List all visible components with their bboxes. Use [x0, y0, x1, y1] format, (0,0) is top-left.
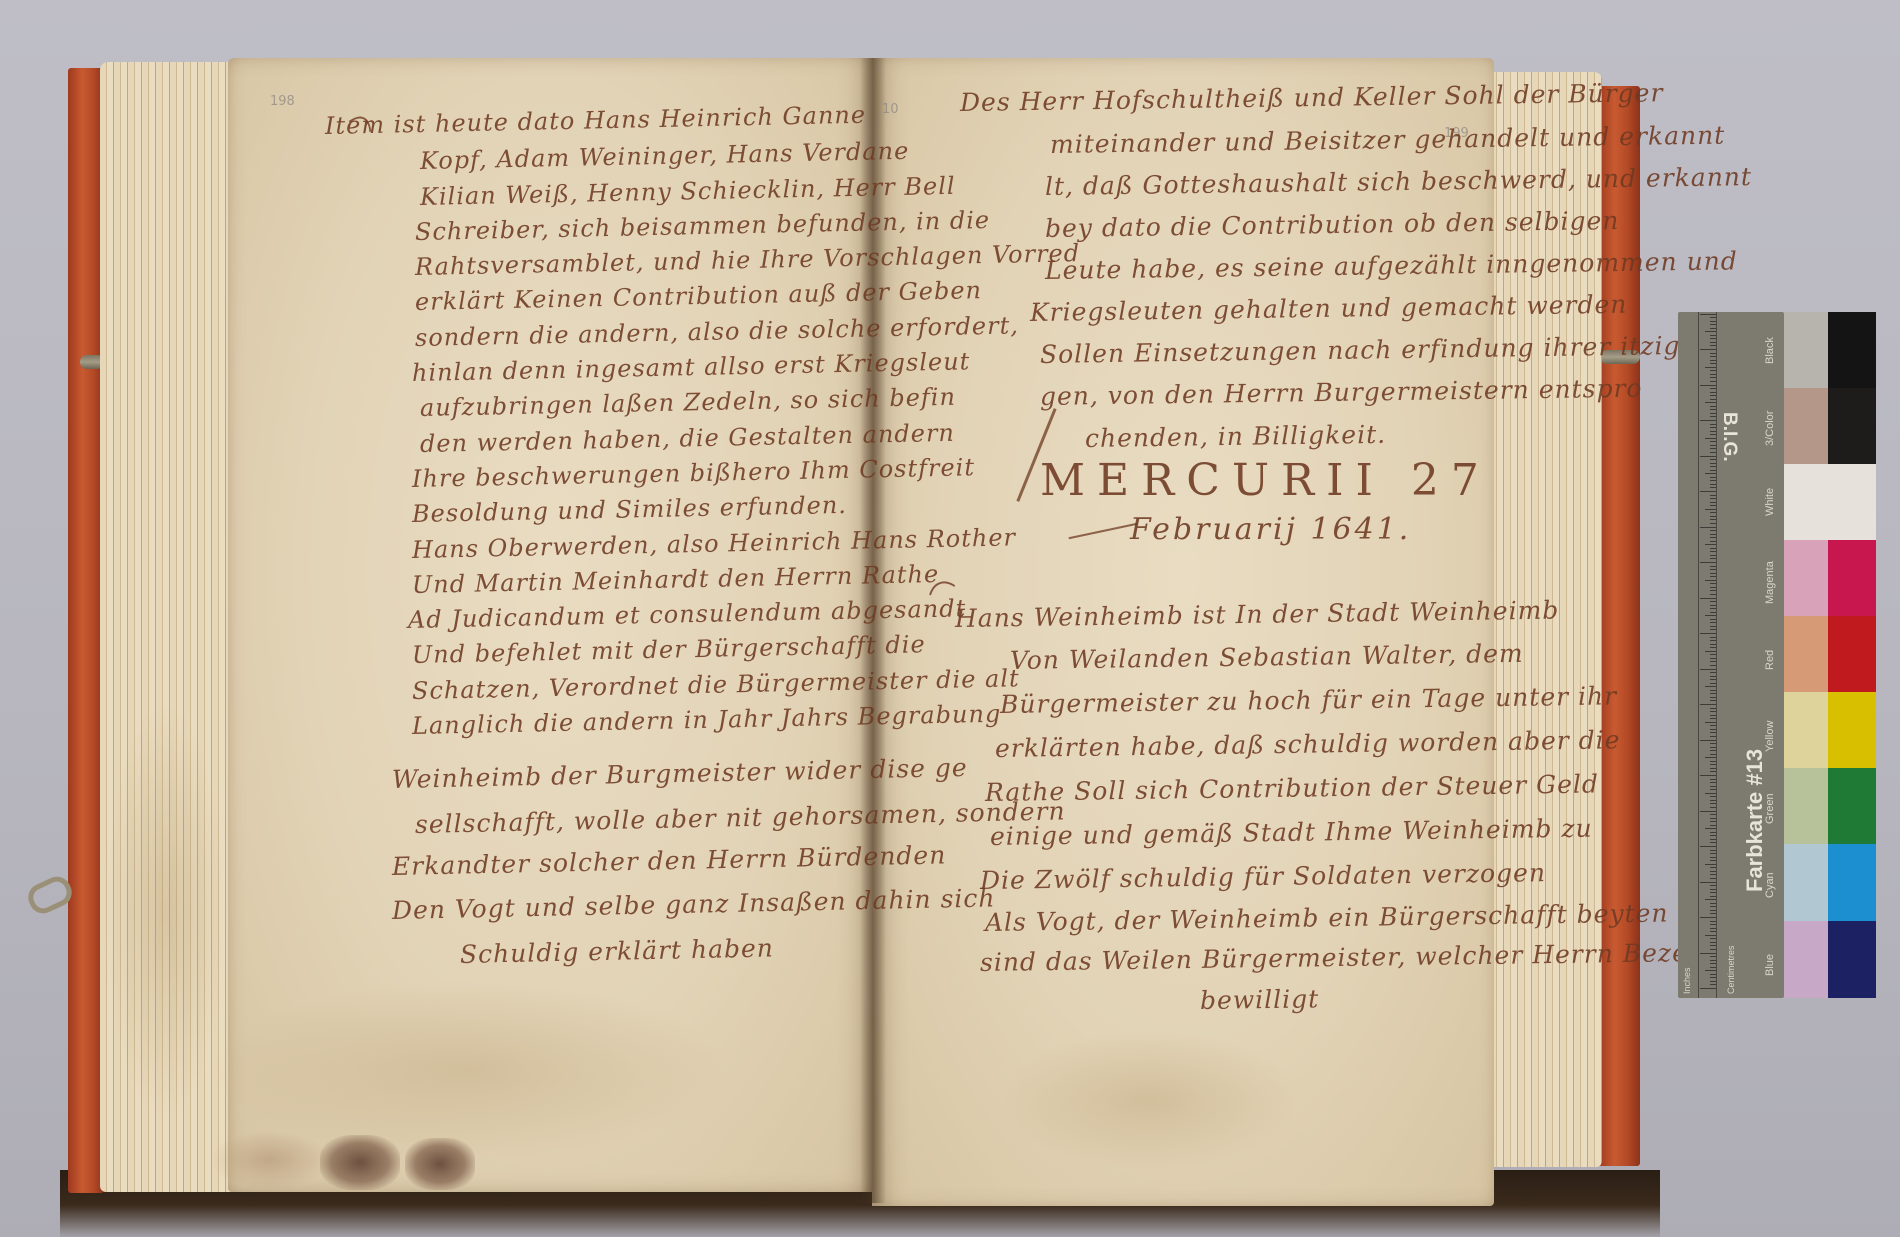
ruler-tick — [1710, 754, 1716, 755]
ruler-tick — [1710, 931, 1716, 932]
patch-label: Yellow — [1764, 721, 1776, 752]
patch-label: Black — [1764, 337, 1776, 364]
ruler-tick — [1700, 633, 1716, 634]
patch-white — [1784, 464, 1876, 540]
ruler-ticks — [1678, 312, 1718, 998]
ruler-tick — [1710, 541, 1716, 542]
patch-blue-light — [1784, 921, 1828, 998]
ruler-tick — [1710, 370, 1716, 371]
ruler-tick — [1705, 757, 1716, 758]
ruler-tick — [1710, 832, 1716, 833]
ruler-tick — [1710, 644, 1716, 645]
ruler-tick — [1710, 463, 1716, 464]
ruler-tick — [1710, 658, 1716, 659]
ruler-tick — [1710, 697, 1716, 698]
ruler-tick — [1710, 977, 1716, 978]
patch-3color — [1828, 388, 1876, 464]
ruler-tick — [1710, 477, 1716, 478]
ruler-tick — [1710, 768, 1716, 769]
ruler-tick — [1710, 700, 1716, 701]
ruler-tick — [1710, 814, 1716, 815]
text-line: bewilligt — [1200, 984, 1320, 1015]
ruler-tick — [1710, 324, 1716, 325]
patch-label: Blue — [1764, 954, 1776, 976]
ruler-tick — [1710, 537, 1716, 538]
water-stain — [1000, 1030, 1300, 1170]
ruler-tick — [1710, 388, 1716, 389]
ruler-tick — [1710, 424, 1716, 425]
ruler-tick — [1710, 945, 1716, 946]
patch-yellow — [1828, 692, 1876, 768]
patch-magenta-light — [1784, 540, 1828, 616]
ruler-tick — [1710, 409, 1716, 410]
ruler-tick — [1705, 793, 1716, 794]
ruler-tick — [1710, 413, 1716, 414]
ruler-tick — [1705, 331, 1716, 332]
ruler-tick — [1700, 953, 1716, 954]
ruler-tick — [1700, 811, 1716, 812]
ruler-tick — [1705, 970, 1716, 971]
ruler-tick — [1710, 395, 1716, 396]
ruler-tick — [1710, 416, 1716, 417]
patch-label: Magenta — [1764, 561, 1776, 604]
ruler-tick — [1710, 459, 1716, 460]
color-patches — [1784, 312, 1876, 998]
ruler-tick — [1710, 622, 1716, 623]
ruler-tick — [1710, 949, 1716, 950]
ruler-tick — [1705, 544, 1716, 545]
ruler-tick — [1710, 487, 1716, 488]
ruler-tick — [1710, 676, 1716, 677]
ruler-tick — [1700, 917, 1716, 918]
ruler-tick — [1710, 938, 1716, 939]
ruler-tick — [1710, 445, 1716, 446]
ruler-tick — [1710, 619, 1716, 620]
ruler-tick — [1710, 761, 1716, 762]
ruler-tick — [1710, 956, 1716, 957]
ruler-tick — [1705, 615, 1716, 616]
ruler-tick — [1700, 775, 1716, 776]
patch-label: Cyan — [1764, 872, 1776, 898]
ruler-tick — [1710, 377, 1716, 378]
ruler-tick — [1710, 353, 1716, 354]
ruler-tick — [1710, 452, 1716, 453]
ruler-tick — [1710, 906, 1716, 907]
ruler-tick — [1710, 842, 1716, 843]
ruler-tick — [1710, 392, 1716, 393]
ruler-tick — [1710, 519, 1716, 520]
ruler-tick — [1710, 498, 1716, 499]
ruler-tick — [1710, 605, 1716, 606]
ruler-tick — [1710, 495, 1716, 496]
ruler-tick — [1710, 328, 1716, 329]
ruler-tick — [1710, 406, 1716, 407]
patch-blue — [1828, 921, 1876, 998]
ruler-tick — [1710, 661, 1716, 662]
ruler-tick — [1710, 924, 1716, 925]
patch-magenta — [1828, 540, 1876, 616]
ruler-tick — [1710, 835, 1716, 836]
ruler-tick — [1710, 466, 1716, 467]
ruler-tick — [1710, 434, 1716, 435]
water-stain — [210, 980, 730, 1160]
ruler-tick — [1710, 502, 1716, 503]
patch-cyan-light — [1784, 844, 1828, 921]
ruler-tick — [1710, 725, 1716, 726]
ruler-tick — [1710, 974, 1716, 975]
ruler-tick — [1705, 935, 1716, 936]
ruler-tick — [1710, 590, 1716, 591]
ruler-tick — [1710, 708, 1716, 709]
date-subheading: Februarij 1641. — [1130, 512, 1411, 547]
patch-labels: Black 3/Color White Magenta Red Yellow G… — [1762, 312, 1782, 998]
ruler-tick — [1710, 356, 1716, 357]
ruler-tick — [1700, 491, 1716, 492]
ruler-tick — [1710, 786, 1716, 787]
ruler-tick — [1710, 569, 1716, 570]
ruler-tick — [1710, 921, 1716, 922]
ruler-tick — [1710, 338, 1716, 339]
ruler-tick — [1710, 516, 1716, 517]
ruler-tick — [1710, 345, 1716, 346]
ruler-tick — [1710, 594, 1716, 595]
ruler-tick — [1700, 669, 1716, 670]
ruler-tick — [1710, 981, 1716, 982]
ruler-tick — [1710, 839, 1716, 840]
ruler-tick — [1700, 988, 1716, 989]
ruler-tick — [1710, 885, 1716, 886]
ruler-tick — [1710, 612, 1716, 613]
ruler-tick — [1710, 850, 1716, 851]
ruler-tick — [1700, 420, 1716, 421]
ruler-tick — [1710, 548, 1716, 549]
ruler-tick — [1710, 335, 1716, 336]
ruler-tick — [1710, 878, 1716, 879]
ruler-tick — [1705, 828, 1716, 829]
ruler-tick — [1710, 626, 1716, 627]
ruler-tick — [1710, 960, 1716, 961]
ruler-tick — [1710, 736, 1716, 737]
ruler-tick — [1710, 821, 1716, 822]
ruler-tick — [1710, 629, 1716, 630]
ruler-tick — [1700, 456, 1716, 457]
ruler-tick — [1710, 718, 1716, 719]
ruler-tick — [1710, 551, 1716, 552]
ruler-tick — [1710, 448, 1716, 449]
ruler-tick — [1700, 704, 1716, 705]
patch-yellow-light — [1784, 692, 1828, 768]
ruler-tick — [1710, 573, 1716, 574]
ruler-tick — [1710, 587, 1716, 588]
patch-3color-light — [1784, 388, 1828, 464]
ruler-tick — [1705, 722, 1716, 723]
ruler-tick — [1710, 789, 1716, 790]
patch-cyan — [1828, 844, 1876, 921]
ruler-tick — [1710, 512, 1716, 513]
patch-label: White — [1764, 488, 1776, 516]
ruler-unit-label: Centimetres — [1726, 945, 1736, 994]
ruler-tick — [1710, 910, 1716, 911]
patch-label: Green — [1764, 793, 1776, 824]
ruler-tick — [1705, 651, 1716, 652]
ruler-tick — [1710, 867, 1716, 868]
ruler-tick — [1710, 637, 1716, 638]
patch-red — [1828, 616, 1876, 692]
ruler-tick — [1710, 679, 1716, 680]
ruler-tick — [1710, 715, 1716, 716]
ruler-tick — [1710, 505, 1716, 506]
ruler-tick — [1710, 576, 1716, 577]
ruler-tick — [1710, 942, 1716, 943]
ruler-tick — [1710, 771, 1716, 772]
ruler-tick — [1710, 558, 1716, 559]
patch-green — [1828, 768, 1876, 844]
ruler-tick — [1710, 889, 1716, 890]
ruler-tick — [1700, 349, 1716, 350]
ruler-tick — [1710, 317, 1716, 318]
ruler-tick — [1710, 480, 1716, 481]
ruler-tick — [1710, 711, 1716, 712]
ruler-tick — [1710, 374, 1716, 375]
ruler-tick — [1700, 846, 1716, 847]
ruler-tick — [1710, 683, 1716, 684]
patch-label: 3/Color — [1764, 411, 1776, 446]
ruler-tick — [1700, 740, 1716, 741]
ruler-tick — [1710, 807, 1716, 808]
ruler-tick — [1710, 747, 1716, 748]
ruler-tick — [1710, 431, 1716, 432]
ruler-tick — [1710, 928, 1716, 929]
ruler-tick — [1710, 399, 1716, 400]
text-line: chenden, in Billigkeit. — [1085, 420, 1387, 453]
ruler-tick — [1700, 882, 1716, 883]
date-heading: MERCURII 27 — [1040, 455, 1491, 506]
ruler-tick — [1700, 314, 1716, 315]
ruler-tick — [1710, 800, 1716, 801]
ruler-tick — [1710, 693, 1716, 694]
ruler-tick — [1705, 438, 1716, 439]
patch-red-light — [1784, 616, 1828, 692]
ruler-tick — [1710, 764, 1716, 765]
patch-green-light — [1784, 768, 1828, 844]
ruler-tick — [1710, 484, 1716, 485]
ruler-tick — [1710, 530, 1716, 531]
ruler-tick — [1705, 899, 1716, 900]
chart-brand: B.I.G. — [1718, 412, 1740, 462]
ruler-tick — [1710, 583, 1716, 584]
ruler-tick — [1710, 779, 1716, 780]
ruler-tick — [1710, 566, 1716, 567]
ruler-tick — [1710, 729, 1716, 730]
ruler-tick — [1710, 963, 1716, 964]
ruler-tick — [1710, 903, 1716, 904]
ruler-tick — [1705, 473, 1716, 474]
ruler-tick — [1710, 523, 1716, 524]
ruler-tick — [1710, 640, 1716, 641]
ruler-tick — [1710, 796, 1716, 797]
patch-black-light — [1784, 312, 1828, 388]
ruler-tick — [1700, 598, 1716, 599]
ruler-tick — [1700, 527, 1716, 528]
ruler-tick — [1710, 608, 1716, 609]
ruler-tick — [1710, 984, 1716, 985]
ruler-tick — [1710, 427, 1716, 428]
ruler-tick — [1710, 665, 1716, 666]
ruler-tick — [1705, 864, 1716, 865]
ruler-tick — [1710, 818, 1716, 819]
folio-number: 198 — [270, 94, 295, 109]
ruler-tick — [1710, 381, 1716, 382]
ruler-tick — [1710, 874, 1716, 875]
ruler-tick — [1710, 750, 1716, 751]
ruler-tick — [1710, 601, 1716, 602]
ruler-tick — [1705, 580, 1716, 581]
ruler-tick — [1710, 360, 1716, 361]
ruler-tick — [1710, 853, 1716, 854]
ruler-tick — [1705, 509, 1716, 510]
water-stain-edge — [105, 700, 225, 1120]
ruler-tick — [1710, 342, 1716, 343]
left-cover — [68, 68, 104, 1193]
patch-black — [1828, 312, 1876, 388]
ruler-tick — [1705, 402, 1716, 403]
ruler-tick — [1710, 690, 1716, 691]
ruler-tick — [1700, 562, 1716, 563]
ruler-tick — [1710, 363, 1716, 364]
ruler-tick — [1710, 782, 1716, 783]
ruler-tick — [1705, 367, 1716, 368]
ruler-tick — [1710, 672, 1716, 673]
ruler-tick — [1710, 321, 1716, 322]
ruler-tick — [1700, 385, 1716, 386]
ruler-tick — [1710, 825, 1716, 826]
patch-label: Red — [1764, 650, 1776, 670]
ruler-tick — [1710, 803, 1716, 804]
ruler-tick — [1710, 470, 1716, 471]
ruler-tick — [1710, 860, 1716, 861]
ruler-tick — [1710, 871, 1716, 872]
ruler-tick — [1710, 654, 1716, 655]
ruler-tick — [1710, 534, 1716, 535]
ruler-tick — [1710, 913, 1716, 914]
ruler-tick — [1705, 686, 1716, 687]
ruler-tick — [1710, 555, 1716, 556]
ruler-tick — [1710, 892, 1716, 893]
ruler-tick — [1710, 896, 1716, 897]
ruler-tick — [1710, 967, 1716, 968]
ruler-tick — [1710, 743, 1716, 744]
ruler-tick — [1710, 857, 1716, 858]
ruler-tick — [1710, 732, 1716, 733]
ruler-tick — [1710, 647, 1716, 648]
ruler-tick — [1710, 441, 1716, 442]
